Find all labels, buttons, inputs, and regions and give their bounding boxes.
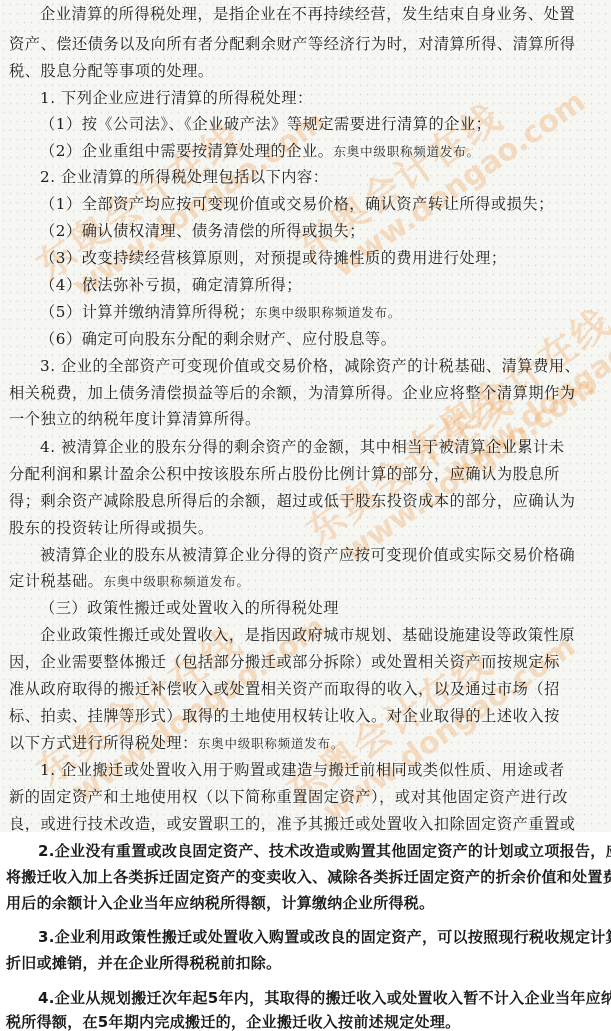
- paragraph-line: 用后的余额计入企业当年应纳税所得额，计算缴纳企业所得税。: [0, 892, 611, 914]
- list-heading: 1. 下列企业应进行清算的所得税处理：: [0, 88, 611, 108]
- source-note: 东奥中级职称频道发布。: [198, 736, 344, 751]
- paragraph-line: 良，或进行技术改造，或安置职工的，准予其搬迁或处置收入扣除固定资产重置或: [0, 814, 611, 832]
- list-heading: 2. 企业清算的所得税处理包括以下内容：: [0, 167, 611, 187]
- paragraph-line: 以下方式进行所得税处理：东奥中级职称频道发布。: [0, 733, 611, 754]
- list-item: （2）确认债权清理、债务清偿的所得或损失；: [0, 221, 611, 241]
- source-note: 东奥中级职称频道发布。: [255, 305, 401, 320]
- paragraph-line: 将搬迁收入加上各类拆迁固定资产的变卖收入、减除各类拆迁固定资产的折余价值和处置费: [0, 866, 611, 888]
- paragraph-line: 税所得额，在5年期内完成搬迁的，企业搬迁收入按前述规定处理。: [0, 1011, 611, 1031]
- list-item: （1）按《公司法》、《企业破产法》等规定需要进行清算的企业；: [0, 114, 611, 134]
- paragraph-line: 得；剩余资产减除股息所得后的余额，超过或低于股东投资成本的部分，应确认为: [0, 491, 611, 511]
- paragraph-line: 企业政策性搬迁或处置收入，是指因政府城市规划、基础设施建设等政策性原: [0, 625, 611, 645]
- list-item: （2）企业重组中需要按清算处理的企业。东奥中级职称频道发布。: [0, 141, 611, 162]
- paragraph-line: 被清算企业的股东从被清算企业分得的资产应按可变现价值或实际交易价格确: [0, 545, 611, 565]
- source-note: 东奥中级职称频道发布。: [103, 574, 249, 589]
- paragraph-line: 3. 企业的全部资产可变现价值或交易价格，减除资产的计税基础、清算费用、: [0, 356, 611, 376]
- list-item: （4）依法弥补亏损，确定清算所得；: [0, 275, 611, 295]
- paragraph-line: 3.企业利用政策性搬迁或处置收入购置或改良的固定资产，可以按照现行税收规定计算: [0, 926, 611, 948]
- paragraph-line: 一个独立的纳税年度计算清算所得。: [0, 409, 611, 429]
- paragraph-line: 资产、偿还债务以及向所有者分配剩余财产等经济行为时，对清算所得、清算所得: [0, 34, 611, 54]
- source-note: 东奥中级职称频道发布。: [334, 144, 480, 159]
- paragraph-line: 标、拍卖、挂牌等形式）取得的土地使用权转让收入。对企业取得的上述收入按: [0, 706, 611, 726]
- paragraph-line: 4. 被清算企业的股东分得的剩余资产的金额，其中相当于被清算企业累计未: [0, 437, 611, 457]
- list-item: （1）全部资产均应按可变现价值或交易价格，确认资产转让所得或损失；: [0, 194, 611, 214]
- paragraph-line: 4.企业从规划搬迁次年起5年内，其取得的搬迁收入或处置收入暂不计入企业当年应纳: [0, 987, 611, 1009]
- paragraph-line: 因，企业需要整体搬迁（包括部分搬迁或部分拆除）或处置相关资产而按规定标: [0, 652, 611, 672]
- paragraph-line: 相关税费，加上债务清偿损益等后的余额，为清算所得。企业应将整个清算期作为: [0, 383, 611, 403]
- section-heading: （三）政策性搬迁或处置收入的所得税处理: [0, 598, 611, 618]
- list-item: （3）改变持续经营核算原则，对预提或待摊性质的费用进行处理；: [0, 248, 611, 268]
- paragraph-line: 分配利润和累计盈余公积中按该股东所占股份比例计算的部分，应确认为股息所: [0, 464, 611, 484]
- paragraph-line: 定计税基础。东奥中级职称频道发布。: [0, 571, 611, 592]
- scanned-page: 东奥会计在线 www.dongao.com 东奥会计在线 www.dongao.…: [0, 0, 611, 832]
- list-item: （5）计算并缴纳清算所得税；东奥中级职称频道发布。: [0, 302, 611, 323]
- paragraph-line: 新的固定资产和土地使用权（以下简称重置固定资产），或对其他固定资产进行改: [0, 787, 611, 807]
- paragraph-line: 税、股息分配等事项的处理。: [0, 61, 611, 81]
- paragraph-line: 股东的投资转让所得或损失。: [0, 518, 611, 538]
- paragraph-line: 准从政府取得的搬迁补偿收入或处置相关资产而取得的收入，以及通过市场（招: [0, 679, 611, 699]
- paragraph-line: 折旧或摊销，并在企业所得税税前扣除。: [0, 952, 611, 974]
- paragraph-line: 1. 企业搬迁或处置收入用于购置或建造与搬迁前相同或类似性质、用途或者: [0, 760, 611, 780]
- paragraph-line: 2.企业没有重置或改良固定资产、技术改造或购置其他固定资产的计划或立项报告，应: [0, 840, 611, 862]
- paragraph-line: 企业清算的所得税处理，是指企业在不再持续经营，发生结束自身业务、处置: [0, 4, 611, 24]
- list-item: （6）确定可向股东分配的剩余财产、应付股息等。: [0, 329, 611, 349]
